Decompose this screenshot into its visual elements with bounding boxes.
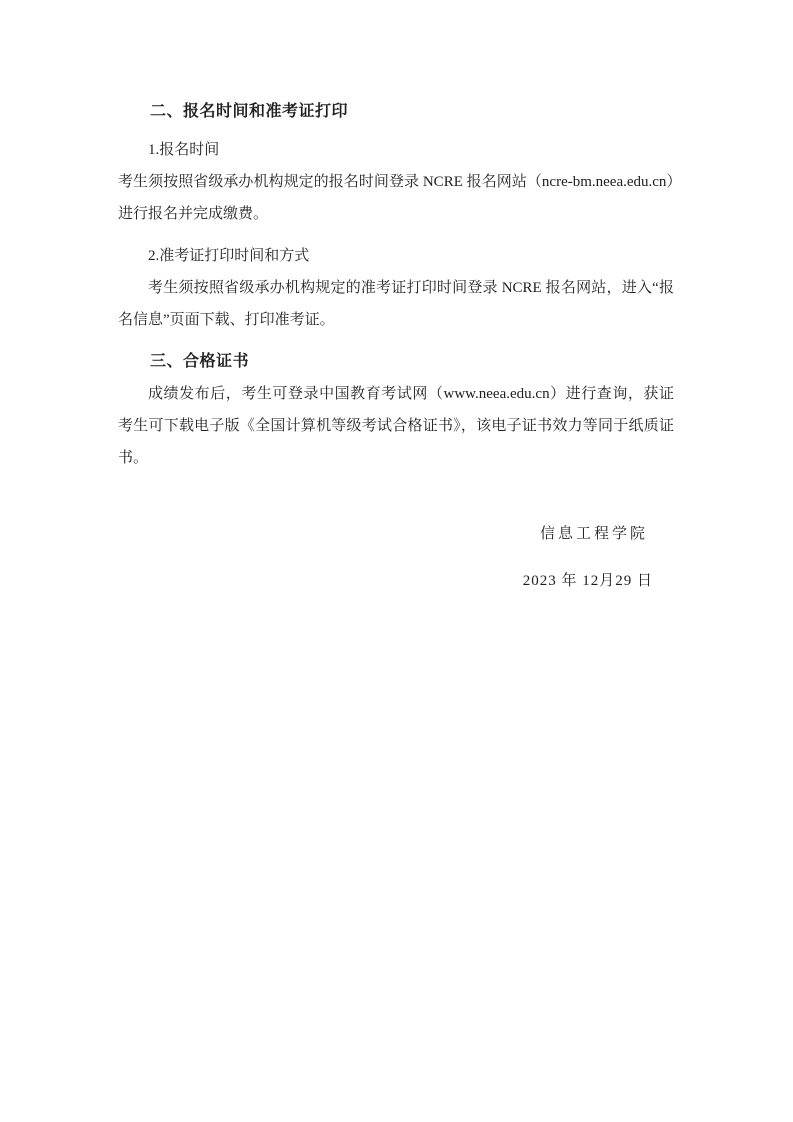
- section-2-item-1-title: 1.报名时间: [118, 134, 674, 166]
- signature-date: 2023 年 12月29 日: [118, 565, 674, 597]
- section-2-item-2-title: 2.准考证打印时间和方式: [118, 240, 674, 272]
- signature-organization: 信息工程学院: [118, 518, 674, 550]
- section-3-heading: 三、合格证书: [118, 346, 674, 378]
- section-3-paragraph: 成绩发布后，考生可登录中国教育考试网（www.neea.edu.cn）进行查询，…: [118, 378, 674, 474]
- section-2-item-1-paragraph: 考生须按照省级承办机构规定的报名时间登录 NCRE 报名网站（ncre-bm.n…: [118, 166, 674, 230]
- document-content: 二、报名时间和准考证打印 1.报名时间 考生须按照省级承办机构规定的报名时间登录…: [118, 0, 674, 597]
- section-2-item-2-paragraph: 考生须按照省级承办机构规定的准考证打印时间登录 NCRE 报名网站，进入“报名信…: [118, 272, 674, 336]
- section-2-heading: 二、报名时间和准考证打印: [118, 96, 674, 128]
- document-page: 二、报名时间和准考证打印 1.报名时间 考生须按照省级承办机构规定的报名时间登录…: [0, 0, 793, 1122]
